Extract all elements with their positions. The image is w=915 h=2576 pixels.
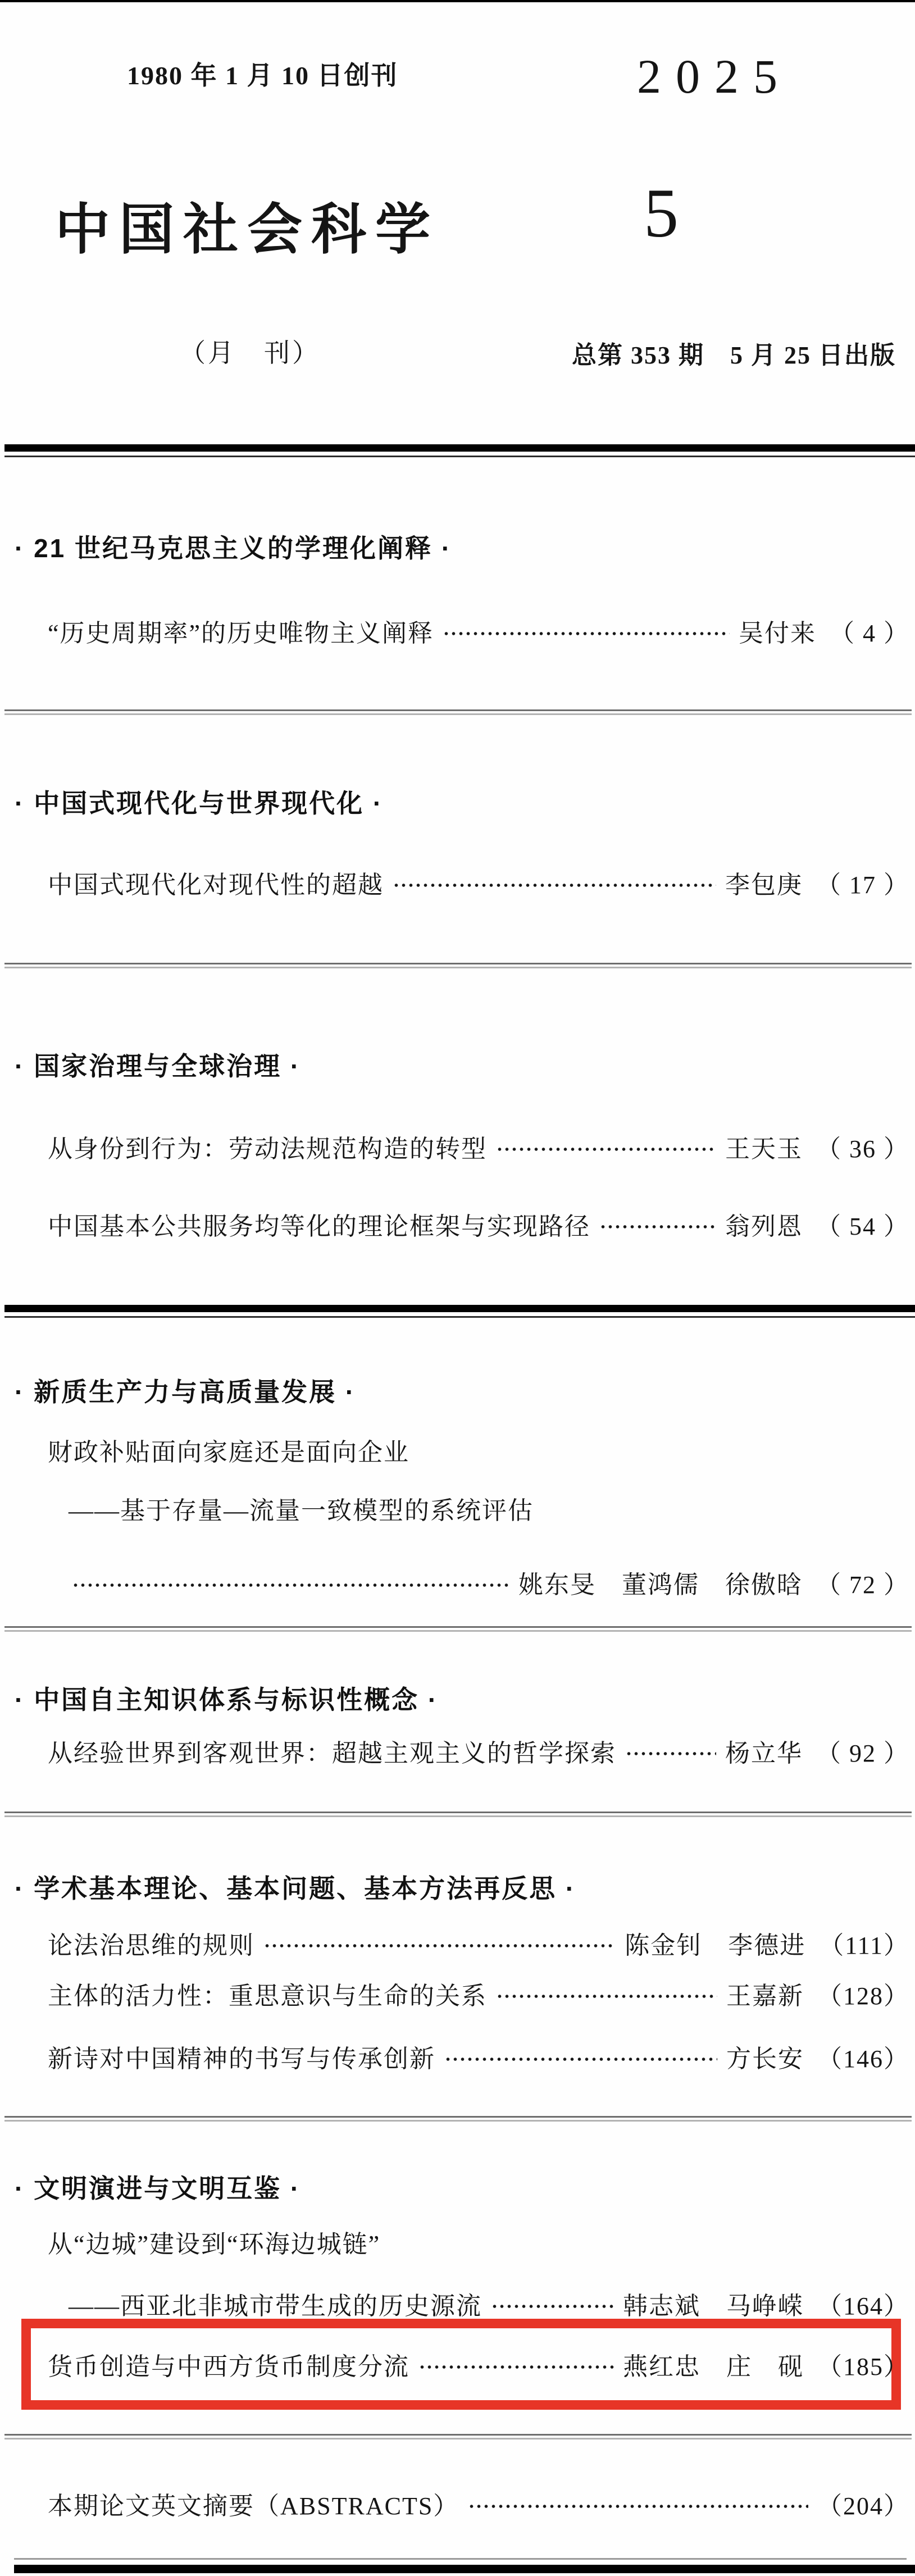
issue-info: 总第 353 期 5 月 25 日出版 [572, 335, 896, 371]
entry-authors: 王嘉新 [726, 1982, 804, 2011]
abstracts-page: （204） [817, 2492, 909, 2522]
entry-title: 从经验世界到客观世界：超越主观主义的哲学探索 [48, 1739, 616, 1769]
entry-title: 主体的活力性：重思意识与生命的关系 [48, 1982, 487, 2011]
entry-title: 从“边城”建设到“环海边城链” [48, 2230, 380, 2260]
section-header-rethinking: · 学术基本理论、基本问题、基本方法再反思 · [15, 1868, 576, 1905]
entry-title: 中国基本公共服务均等化的理论框架与实现路径 [48, 1212, 590, 1242]
founded-date: 1980 年 1 月 10 日创刊 [127, 55, 398, 92]
entry-authors: 姚东旻 董鸿儒 徐傲晗 [518, 1571, 803, 1600]
entry-title: 中国式现代化对现代性的超越 [48, 871, 384, 900]
entry-page: （111） [819, 1931, 909, 1961]
mid-thin-rule [4, 1316, 915, 1318]
section-separator [4, 1626, 912, 1632]
toc-entry: 从“边城”建设到“环海边城链” [48, 2230, 909, 2260]
entry-authors: 陈金钊 李德进 [625, 1931, 805, 1961]
entry-page: （128） [817, 1982, 909, 2011]
entry-page: （ 54 ） [816, 1212, 909, 1242]
entry-title: “历史周期率”的历史唯物主义阐释 [48, 619, 434, 649]
masthead-thick-rule [4, 444, 915, 452]
entry-authors: 李包庚 [725, 871, 803, 900]
entry-page: （146） [817, 2045, 909, 2074]
entry-page: （185） [817, 2352, 909, 2382]
entry-authors: 杨立华 [725, 1739, 803, 1769]
toc-entry: 论法治思维的规则 陈金钊 李德进 （111） [48, 1931, 909, 1961]
toc-entry: 从经验世界到客观世界：超越主观主义的哲学探索 杨立华 （ 92 ） [48, 1739, 909, 1769]
entry-page: （ 4 ） [830, 619, 909, 649]
section-separator [4, 963, 912, 968]
section-header-governance: · 国家治理与全球治理 · [15, 1046, 301, 1083]
toc-entry-highlighted: 货币创造与中西方货币制度分流 燕红忠 庄 砚 （185） [48, 2352, 909, 2382]
toc-entry: 财政补贴面向家庭还是面向企业 [48, 1438, 909, 1468]
section-header-marxism: · 21 世纪马克思主义的学理化阐释 · [15, 528, 452, 565]
dotted-leader [72, 1580, 509, 1590]
entry-authors: 韩志斌 马峥嵘 [623, 2292, 804, 2322]
masthead-thin-rule [4, 456, 915, 457]
toc-entry-subtitle: ——基于存量—流量一致模型的系统评估 [69, 1496, 909, 1526]
dotted-leader [263, 1941, 616, 1951]
toc-entry-authors-line: 姚东旻 董鸿儒 徐傲晗 （ 72 ） [72, 1571, 909, 1600]
entry-title: 货币创造与中西方货币制度分流 [48, 2352, 409, 2382]
entry-authors: 翁列恩 [725, 1212, 803, 1242]
entry-subtitle: ——西亚北非城市带生成的历史源流 [69, 2292, 482, 2322]
dotted-leader [444, 2054, 717, 2064]
dotted-leader [496, 1991, 717, 2001]
entry-title: 从身份到行为：劳动法规范构造的转型 [48, 1135, 487, 1164]
entry-page: （ 17 ） [816, 871, 909, 900]
section-separator [4, 2434, 912, 2440]
section-header-modernization: · 中国式现代化与世界现代化 · [15, 783, 383, 820]
mid-thick-rule [4, 1305, 915, 1312]
dotted-leader [393, 880, 716, 890]
dotted-leader [496, 1144, 716, 1154]
abstracts-entry: 本期论文英文摘要（ABSTRACTS） （204） [48, 2492, 909, 2522]
entry-title: 论法治思维的规则 [48, 1931, 254, 1961]
issue-number: 5 [644, 179, 679, 248]
top-edge-rule [0, 0, 915, 2]
dotted-leader [625, 1749, 716, 1759]
toc-entry: 中国基本公共服务均等化的理论框架与实现路径 翁列恩 （ 54 ） [48, 1212, 909, 1242]
dotted-leader [468, 2501, 808, 2511]
entry-authors: 王天玉 [725, 1135, 803, 1164]
entry-authors: 燕红忠 庄 砚 [623, 2352, 804, 2382]
entry-page: （ 36 ） [816, 1135, 909, 1164]
dotted-leader [491, 2301, 614, 2311]
toc-entry: 新诗对中国精神的书写与传承创新 方长安 （146） [48, 2045, 909, 2074]
entry-subtitle: ——基于存量—流量一致模型的系统评估 [69, 1496, 534, 1526]
masthead-year: 2025 [637, 48, 792, 104]
entry-page: （164） [817, 2292, 909, 2322]
journal-title: 中国社会科学 [55, 185, 439, 265]
toc-entry: “历史周期率”的历史唯物主义阐释 吴付来 （ 4 ） [48, 619, 909, 649]
toc-entry: 主体的活力性：重思意识与生命的关系 王嘉新 （128） [48, 1982, 909, 2011]
bottom-thin-rule [14, 2558, 907, 2560]
entry-title: 财政补贴面向家庭还是面向企业 [48, 1438, 409, 1468]
section-separator [4, 709, 912, 715]
section-separator [4, 2116, 912, 2122]
frequency-label: （月 刊） [180, 333, 320, 370]
dotted-leader [599, 1222, 716, 1232]
section-header-civilization: · 文明演进与文明互鉴 · [15, 2168, 301, 2205]
entry-authors: 吴付来 [739, 619, 816, 649]
dotted-leader [418, 2362, 614, 2372]
bottom-thick-rule [14, 2565, 915, 2573]
toc-entry: 从身份到行为：劳动法规范构造的转型 王天玉 （ 36 ） [48, 1135, 909, 1164]
entry-title: 新诗对中国精神的书写与传承创新 [48, 2045, 435, 2074]
dotted-leader [443, 629, 730, 639]
toc-entry: 中国式现代化对现代性的超越 李包庚 （ 17 ） [48, 871, 909, 900]
journal-contents-page: 1980 年 1 月 10 日创刊 2025 中国社会科学 5 （月 刊） 总第… [0, 0, 915, 2576]
abstracts-label: 本期论文英文摘要（ABSTRACTS） [48, 2492, 459, 2522]
toc-entry-subtitle: ——西亚北非城市带生成的历史源流 韩志斌 马峥嵘 （164） [69, 2292, 909, 2322]
section-separator [4, 1812, 912, 1817]
entry-page: （ 72 ） [816, 1571, 909, 1600]
entry-authors: 方长安 [726, 2045, 804, 2074]
section-header-knowledge-system: · 中国自主知识体系与标识性概念 · [15, 1680, 438, 1717]
section-header-productivity: · 新质生产力与高质量发展 · [15, 1372, 356, 1409]
entry-page: （ 92 ） [816, 1739, 909, 1769]
